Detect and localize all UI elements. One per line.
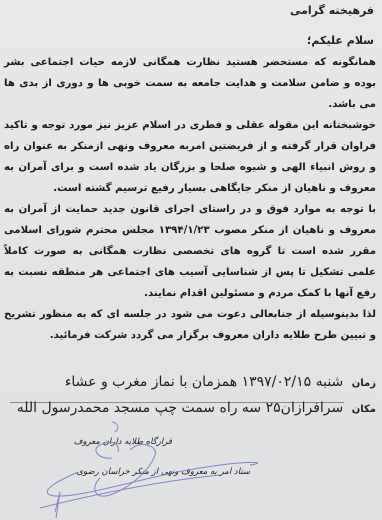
place-value: سرافرازان۲۵ سه راه سمت چپ مسجد محمدرسول … — [17, 400, 344, 416]
letter-body: همانگونه که مستحضر هستید نظارت همگانی لا… — [4, 52, 376, 346]
paragraph-3: با توجه به موارد فوق و در راستای اجرای ق… — [4, 199, 376, 304]
event-place: مکان سرافرازان۲۵ سه راه سمت چپ مسجد محمد… — [17, 400, 376, 416]
time-label: زمان — [352, 378, 376, 389]
paragraph-1: همانگونه که مستحضر هستید نظارت همگانی لا… — [4, 52, 376, 115]
event-time: زمان شنبه ۱۳۹۷/۰۲/۱۵ همزمان با نماز مغرب… — [65, 374, 376, 390]
signature-scribble-icon — [0, 420, 382, 520]
salutation: فرهیخته گرامی — [290, 4, 374, 17]
time-value: شنبه ۱۳۹۷/۰۲/۱۵ همزمان با نماز مغرب و عش… — [65, 374, 343, 390]
paragraph-4: لذا بدینوسیله از جنابعالی دعوت می شود در… — [4, 304, 376, 346]
paragraph-2: خوشبختانه این مقوله عقلی و فطری در اسلام… — [4, 115, 376, 199]
greeting: سلام علیکم؛ — [307, 34, 374, 47]
place-label: مکان — [352, 404, 376, 415]
